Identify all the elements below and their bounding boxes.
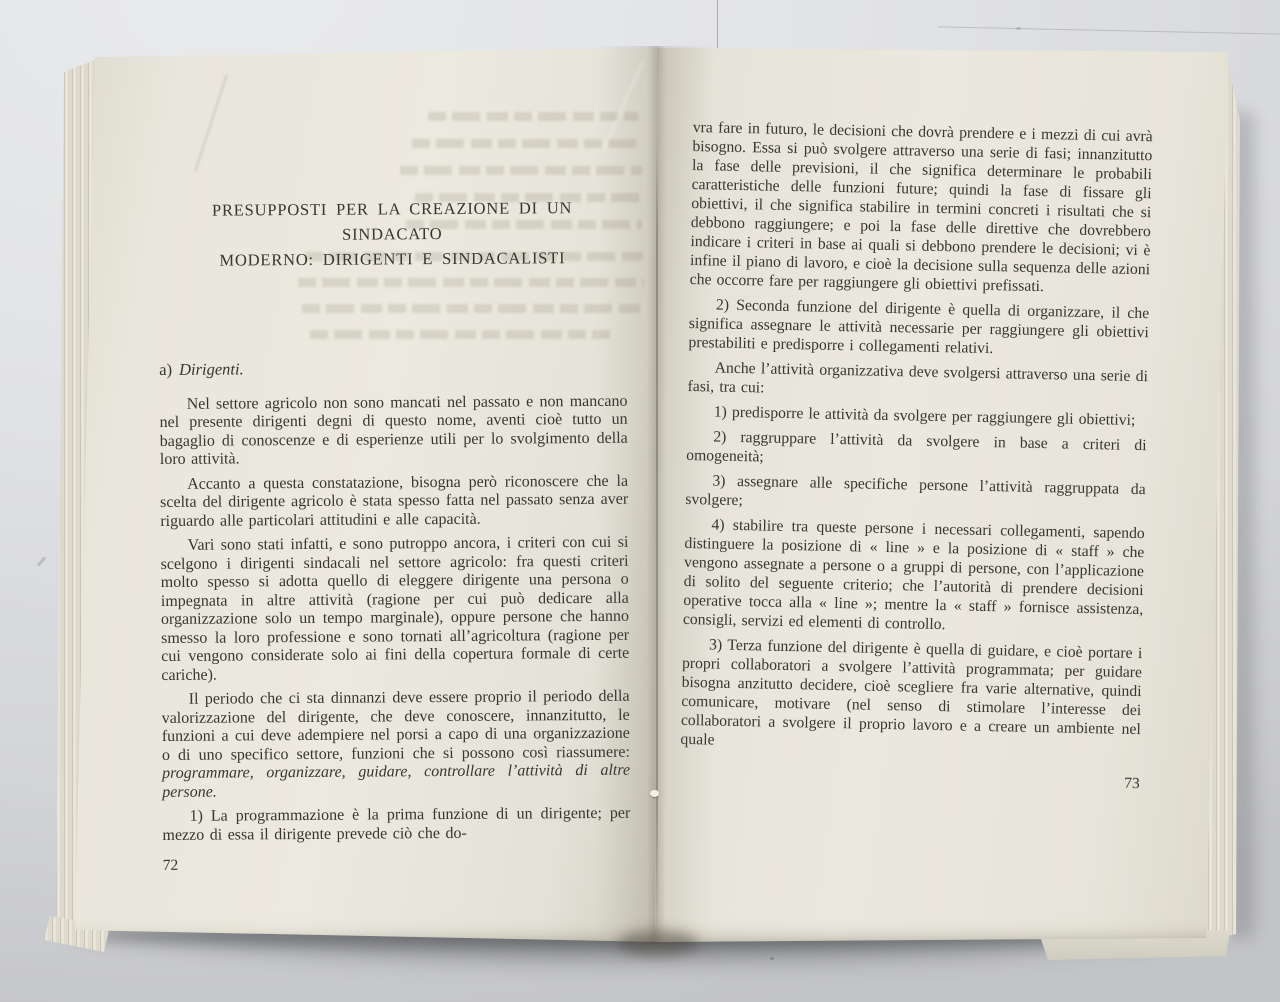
backdrop-scuff (1016, 27, 1021, 30)
text-run: 3) assegnare alle specifiche persone l’a… (685, 472, 1146, 509)
left-page-text: PRESUPPOSTI PER LA CREAZIONE DI UN SINDA… (158, 191, 631, 876)
page-number-left: 72 (163, 854, 631, 876)
text-run: Il periodo che ci sta dinnanzi deve esse… (162, 688, 630, 764)
italic-text-run: programmare, organizzare, guidare, contr… (162, 762, 630, 801)
text-run: 2) Seconda funzione del dirigente è quel… (688, 296, 1149, 357)
page-number-right: 73 (680, 765, 1140, 793)
right-page: vra fare in futuro, le decisioni che dov… (655, 44, 1235, 946)
text-run: Vari sono stati infatti, e sono putroppo… (161, 534, 630, 684)
spine-nick (650, 790, 659, 797)
text-run: Accanto a questa constatazione, bisogna … (160, 472, 628, 529)
paragraph: 3) Terza funzione del dirigente è quella… (680, 635, 1142, 758)
text-run: 1) predisporre le attività da svolgere p… (714, 403, 1136, 428)
paragraph: 4) stabilire tra queste persone i necess… (683, 515, 1145, 638)
bleedthrough-text (428, 112, 638, 121)
section-heading: a)Dirigenti. (159, 358, 627, 380)
chapter-heading: PRESUPPOSTI PER LA CREAZIONE DI UN SINDA… (158, 195, 627, 273)
paragraph: Il periodo che ci sta dinnanzi deve esse… (161, 688, 630, 802)
section-title: Dirigenti. (179, 359, 244, 378)
paragraph: 3) assegnare alle specifiche persone l’a… (685, 471, 1146, 518)
chapter-heading-line: MODERNO: DIRIGENTI E SINDACALISTI (158, 245, 626, 273)
right-page-paragraphs: vra fare in futuro, le decisioni che dov… (680, 118, 1153, 758)
photo-background: PRESUPPOSTI PER LA CREAZIONE DI UN SINDA… (0, 0, 1280, 1002)
backdrop-crease-horizontal (938, 26, 1280, 34)
text-run: Anche l’attività organizzativa deve svol… (687, 359, 1148, 396)
paragraph: Anche l’attività organizzativa deve svol… (687, 358, 1148, 405)
paragraph: Accanto a questa constatazione, bisogna … (160, 472, 628, 531)
paragraph: vra fare in futuro, le decisioni che dov… (690, 118, 1153, 298)
chapter-heading-line: PRESUPPOSTI PER LA CREAZIONE DI UN SINDA… (158, 195, 626, 248)
text-run: 4) stabilire tra queste persone i necess… (683, 516, 1145, 633)
paragraph: 2) raggruppare l’attività da svolgere in… (686, 427, 1147, 474)
section-label: a) (159, 360, 172, 379)
paragraph: 1) predisporre le attività da svolgere p… (687, 402, 1147, 430)
book-spine-line (656, 140, 658, 940)
backdrop-scuff (37, 556, 46, 566)
left-page-paragraphs: Nel settore agricolo non sono mancati ne… (159, 392, 630, 845)
right-page-text: vra fare in futuro, le decisioni che dov… (680, 118, 1153, 793)
gutter-bottom-shadow (618, 930, 698, 956)
backdrop-crease-vertical (717, 0, 718, 50)
bleedthrough-text (400, 166, 642, 175)
paragraph: 1) La programmazione è la prima funzione… (162, 805, 630, 845)
text-run: 1) La programmazione è la prima funzione… (162, 805, 630, 844)
paragraph: Nel settore agricolo non sono mancati ne… (159, 392, 628, 469)
paragraph: Vari sono stati infatti, e sono putroppo… (160, 534, 629, 685)
left-page: PRESUPPOSTI PER LA CREAZIONE DI UN SINDA… (60, 44, 660, 946)
text-run: Nel settore agricolo non sono mancati ne… (160, 392, 628, 468)
text-run: vra fare in futuro, le decisioni che dov… (690, 119, 1153, 295)
paragraph: 2) Seconda funzione del dirigente è quel… (688, 295, 1149, 361)
page-crease (194, 74, 227, 172)
text-run: 2) raggruppare l’attività da svolgere in… (686, 428, 1147, 465)
text-run: 3) Terza funzione del dirigente è quella… (680, 636, 1142, 748)
